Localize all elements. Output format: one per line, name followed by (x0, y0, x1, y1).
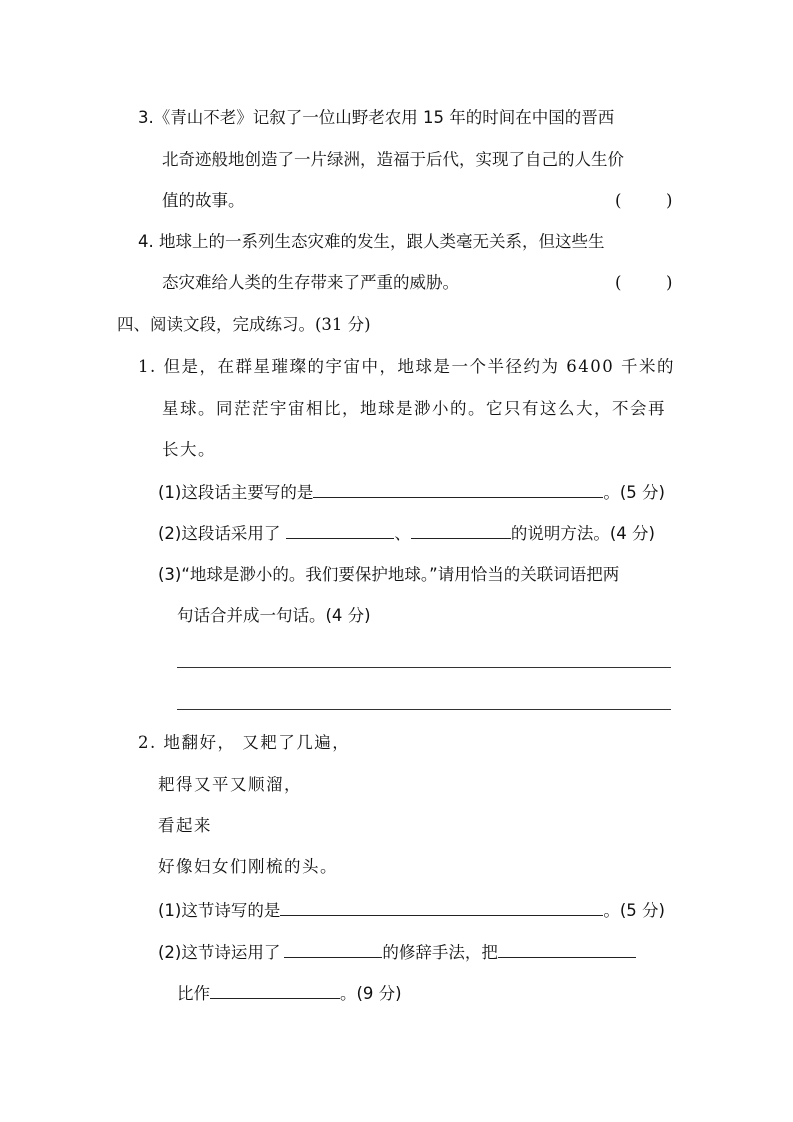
question-1-3-line-1: (3)“地球是渺小的。我们要保护地球。”请用恰当的关联词语把两 (158, 565, 619, 585)
passage-number: 1. (138, 357, 157, 376)
item-3-line-2: 北奇迹般地创造了一片绿洲，造福于后代，实现了自己的人生价 (162, 150, 624, 170)
answer-blank[interactable] (313, 481, 603, 498)
answer-paren-close: ) (666, 273, 672, 293)
item-4-line-2: 态灾难给人类的生存带来了严重的威胁。 (162, 273, 459, 293)
question-1-3-line-2: 句话合并成一句话。(4 分) (177, 606, 371, 626)
item-4-line-1: 4. 地球上的一系列生态灾难的发生，跟人类毫无关系，但这些生 (138, 232, 605, 252)
poem-line-3: 看起来 (158, 816, 212, 836)
passage-1-line-2: 星球。同茫茫宇宙相比，地球是渺小的。它只有这么大，不会再 (162, 399, 666, 419)
answer-paren-close: ) (666, 191, 672, 211)
question-2-2-line-1: (2)这节诗运用了的修辞手法，把 (158, 941, 636, 963)
answer-line-1[interactable] (177, 667, 671, 668)
poem-line-4: 好像妇女们刚梳的头。 (158, 857, 338, 877)
answer-paren-open: ( (615, 191, 621, 211)
passage-1-line-1: 1. 但是，在群星璀璨的宇宙中，地球是一个半径约为 6400 千米的 (138, 357, 675, 377)
question-2-2-line-2: 比作。(9 分) (177, 982, 402, 1004)
answer-paren-open: ( (615, 273, 621, 293)
item-3-line-3: 值的故事。 (162, 191, 245, 211)
item-3-line-1: 3.《青山不老》记叙了一位山野老农用 15 年的时间在中国的晋西 (138, 108, 614, 128)
answer-blank-3[interactable] (210, 982, 340, 999)
answer-blank-2[interactable] (411, 522, 511, 539)
passage-1-line-3: 长大。 (162, 440, 216, 460)
poem-line-2: 耙得又平又顺溜， (158, 775, 302, 795)
poem-line-1: 2. 地翻好， 又耙了几遍， (138, 733, 350, 753)
question-1-1: (1)这段话主要写的是。(5 分) (158, 481, 665, 503)
passage-number: 2. (138, 733, 157, 752)
answer-blank[interactable] (280, 899, 603, 916)
section-4-heading: 四、阅读文段，完成练习。(31 分) (117, 315, 371, 335)
item-number: 4. (138, 232, 154, 251)
answer-blank-1[interactable] (286, 522, 394, 539)
answer-line-2[interactable] (177, 709, 671, 710)
item-number: 3. (138, 108, 154, 127)
answer-blank-2[interactable] (498, 941, 636, 958)
question-2-1: (1)这节诗写的是。(5 分) (158, 899, 665, 921)
question-1-2: (2)这段话采用了、的说明方法。(4 分) (158, 522, 655, 544)
answer-blank-1[interactable] (284, 941, 382, 958)
